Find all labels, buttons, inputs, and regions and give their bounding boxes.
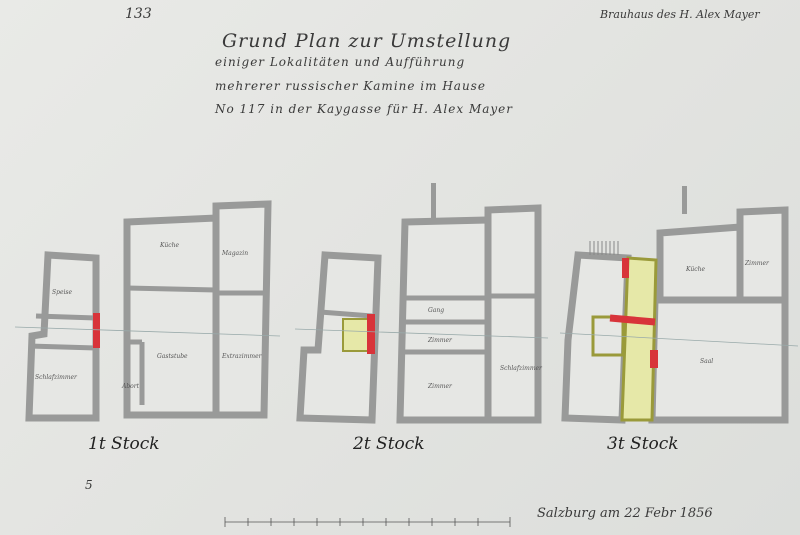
room-label: Zimmer bbox=[745, 260, 769, 267]
floor-3-yellow-corridor bbox=[622, 258, 656, 420]
floor-plan-drawing bbox=[0, 0, 800, 535]
room-label: Zimmer bbox=[428, 383, 452, 390]
room-label: Gaststube bbox=[157, 353, 188, 360]
floor-label-2: 2t Stock bbox=[353, 434, 425, 454]
floor-2-yellow-room bbox=[343, 319, 369, 351]
room-label: Magazin bbox=[222, 250, 248, 257]
floor-plan-sheet: 133 Brauhaus des H. Alex Mayer Grund Pla… bbox=[0, 0, 800, 535]
floor-1-new-chimney bbox=[93, 313, 100, 348]
floor-2-new-chimney bbox=[367, 314, 375, 354]
room-label: Küche bbox=[686, 266, 705, 273]
room-label: Extrazimmer bbox=[222, 353, 262, 360]
floor-label-3: 3t Stock bbox=[607, 434, 679, 454]
scale-bar bbox=[225, 517, 510, 527]
room-label: Saal bbox=[700, 358, 713, 365]
floor-1-plan bbox=[29, 204, 268, 418]
margin-mark: 5 bbox=[85, 478, 93, 492]
room-label: Küche bbox=[160, 242, 179, 249]
room-label: Abort bbox=[122, 383, 139, 390]
room-label: Speise bbox=[52, 289, 72, 296]
floor-3-stairs bbox=[590, 241, 618, 255]
room-label: Schlafzimmer bbox=[35, 374, 77, 381]
footer-signature: Salzburg am 22 Febr 1856 bbox=[537, 506, 713, 521]
room-label: Schlafzimmer bbox=[500, 365, 542, 372]
floor-label-1: 1t Stock bbox=[88, 434, 160, 454]
room-label: Gang bbox=[428, 307, 444, 314]
room-label: Zimmer bbox=[428, 337, 452, 344]
